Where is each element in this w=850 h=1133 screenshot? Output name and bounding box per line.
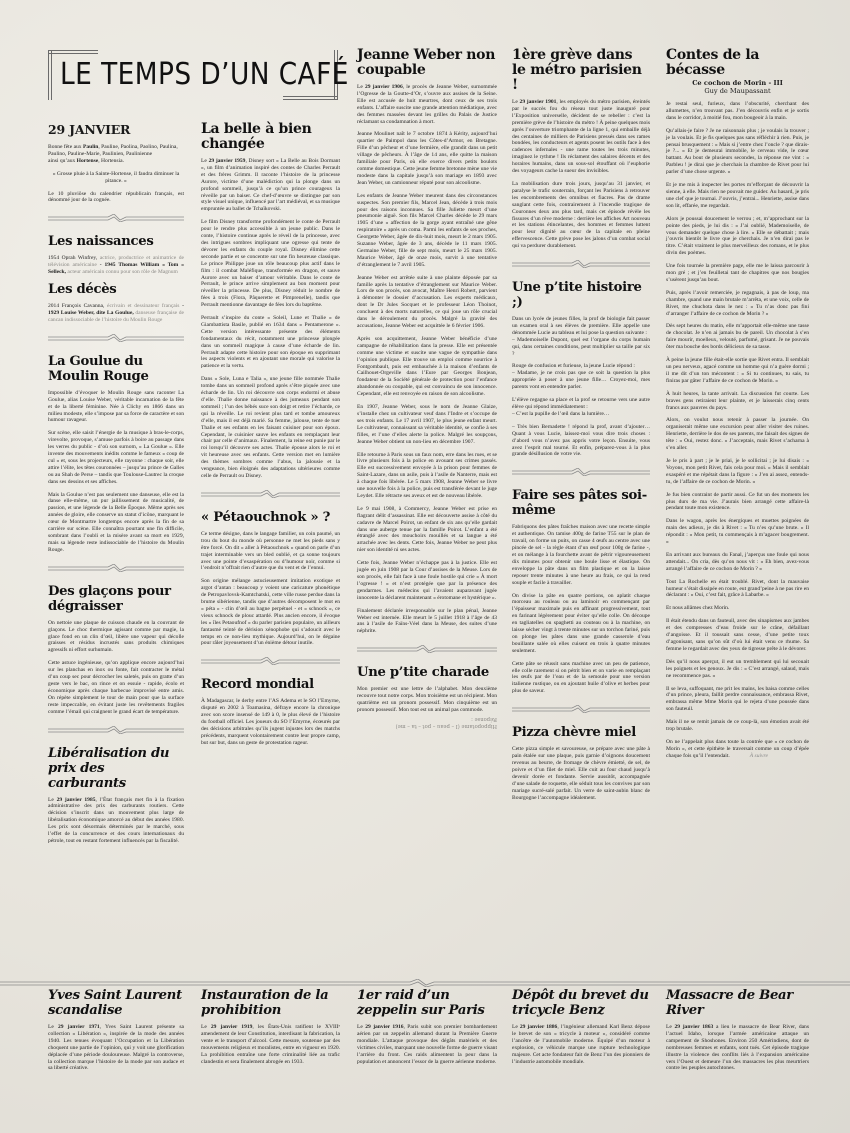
paragraph: Mon premier est une lettre de l’alphabet… [357,686,497,714]
paragraph: On divise la pâte en quatre portions, on… [512,593,650,655]
column-5: Contes de la bécasse Ce cochon de Morin … [666,48,809,766]
paragraph: – Très bien Bernadette ! répond la prof,… [512,424,650,459]
masthead-frame [283,96,338,100]
article-heading: Instauration de la prohibition [201,988,340,1018]
article-pizza: Pizza chèvre miel Cette pizza simple et … [512,725,650,801]
ornament-divider [512,260,650,268]
paragraph: La mobilisation dure trois jours, jusqu’… [512,181,650,250]
article-charade: Une p’tite charade Mon premier est une l… [357,665,497,729]
proverb: « Grosse pluie à la Sainte-Hortense, il … [48,171,184,185]
deaths-section: Les décès 2014 François Cavanna, écrivai… [48,282,184,324]
masthead-frame [48,50,52,100]
article-heading: Une p’tite charade [357,665,497,680]
article-heading: Dépôt du brevet du tricycle Benz [512,988,650,1018]
article-petite-histoire: Une p’tite histoire ;) Dans un lycée de … [512,280,650,458]
bottom-article-bear-river: Massacre de Bear River Le 29 janvier 186… [666,988,809,1078]
paragraph: Jeanne Weber est arrêtée suite à une pla… [357,275,497,330]
article-heading: La Goulue du Moulin Rouge [48,354,184,384]
paragraph: Mais la Goulue n’est pas seulement une d… [48,492,184,554]
bottom-article-ysl: Yves Saint Laurent scandalise Le 29 janv… [48,988,184,1078]
births-section: Les naissances 1954 Oprah Winfrey, actri… [48,234,184,276]
article-heading: Massacre de Bear River [666,988,809,1018]
bottom-article-zeppelin: 1er raid d’un zeppelin sur Paris Le 29 j… [357,988,497,1071]
ornament-divider [48,334,184,342]
paragraph: Dans « Sole, Luna e Talia », une jeune f… [201,376,340,480]
paragraph: Le 29 janvier 1985, l’État français met … [48,797,184,845]
republican-calendar: Le 10 pluviôse du calendrier républicain… [48,191,184,205]
paragraph: Et je me mis à inspecter les portes m’ef… [666,182,809,210]
charade-answer-upside-down: Hippopotame (I – peau – pot – ta – me)Ré… [357,716,497,729]
paragraph: Je fus bien contraint de partir aussi. C… [666,492,809,513]
paragraph: Alors, on voulut nous retenir à passer l… [666,417,809,452]
article-carburants: Libéralisation du prix des carburants Le… [48,746,184,845]
article-record-mondial: Record mondial À Madagascar, le derby en… [201,677,340,746]
paragraph: Fabriquons des pâtes fraîches maison ave… [512,524,650,586]
paragraph: Cette pizza simple et savoureuse, se pré… [512,746,650,801]
section-heading: Les naissances [48,234,184,249]
paragraph: Le 29 janvier 1959, Disney sort « La Bel… [201,158,340,213]
fete-text: Bonne fête aux Paulin, Pauline, Paolina,… [48,144,184,165]
ornament-divider [201,657,340,665]
births-text: 1954 Oprah Winfrey, actrice, productrice… [48,255,184,276]
paragraph: Rouge de confusion et furieuse, la jeune… [512,363,650,391]
paragraph: Le 9 mai 1908, à Commercy, Jeanne Weber … [357,506,497,554]
paragraph: Son origine mélange astucieusement imita… [201,578,340,647]
section-heading: Les décès [48,282,184,297]
date-section: 29 JANVIER Bonne fête aux Paulin, Paulin… [48,122,184,204]
ornament-divider [512,705,650,713]
ornament-divider [512,468,650,476]
column-1: 29 JANVIER Bonne fête aux Paulin, Paulin… [48,122,184,851]
paragraph: L’élève regagne sa place et la prof se r… [512,397,650,418]
paragraph: Sur scène, elle saisit l’énergie de la m… [48,430,184,485]
ornament-divider [48,564,184,572]
article-heading: Yves Saint Laurent scandalise [48,988,184,1018]
article-heading: Des glaçons pour dégraisser [48,584,184,614]
article-heading: 1er raid d’un zeppelin sur Paris [357,988,497,1018]
article-heading: La belle à bien changée [201,122,340,152]
paragraph: On ne l’appelait plus dans toute la cont… [666,739,809,760]
article-jeanne-weber: Jeanne Weber non coupable Le 29 janvier … [357,48,497,635]
article-heading: Faire ses pâtes soi-même [512,488,650,518]
paragraph: En 1907, Jeanne Weber, sous le nom de Je… [357,404,497,445]
ornament-divider [48,214,184,222]
paragraph: Le 29 janvier 1916, Paris subit son prem… [357,1024,497,1065]
column-2: La belle à bien changée Le 29 janvier 19… [201,122,340,753]
paragraph: Le 29 janvier 1906, le procès de Jeanne … [357,84,497,125]
paragraph: Ce terme désigne, dans le langage famili… [201,531,340,572]
paragraph: Alors je poussai doucement le verrou ; e… [666,216,809,257]
paragraph: Les enfants de Jeanne Weber meurent dans… [357,193,497,269]
article-belle-au-bois-dormant: La belle à bien changée Le 29 janvier 19… [201,122,340,480]
article-contes-becasse: Contes de la bécasse Ce cochon de Morin … [666,48,809,760]
paragraph: À peine la jeune fille était-elle sortie… [666,357,809,385]
paragraph: Dès sept heures du matin, elle m’apporta… [666,323,809,351]
paragraph: Et nous allâmes chez Morin. [666,605,809,612]
story-subtitle: Ce cochon de Morin - IIIGuy de Maupassan… [666,80,809,95]
paragraph: Mais il ne se remit jamais de ce coup-là… [666,719,809,733]
paragraph: Cette astuce ingénieuse, qu’on applique … [48,660,184,715]
ornament-divider [357,645,497,653]
paragraph: Le film Disney transforme profondément l… [201,219,340,309]
paragraph: Finalement déclarée irresponsable sur le… [357,608,497,636]
paragraph: Il se leva, suffoquant, me prit les main… [666,686,809,714]
article-heading: 1ère grève dans le métro parisien ! [512,48,650,93]
paragraph: En arrivant aux bureaux du Fanal, j’aper… [666,552,809,573]
article-greve-metro: 1ère grève dans le métro parisien ! Le 2… [512,48,650,250]
paragraph: Jeanne Moulinet naît le 7 octobre 1874 à… [357,131,497,186]
paragraph: Cette pâte se réussit sans machine avec … [512,661,650,696]
article-heading: Jeanne Weber non coupable [357,48,497,78]
paragraph: Le 29 janvier 1971, Yves Saint Laurent p… [48,1024,184,1072]
ornament-divider [201,490,340,498]
paragraph: Après son acquittement, Jeanne Weber bén… [357,336,497,398]
article-la-goulue: La Goulue du Moulin Rouge Impossible d’é… [48,354,184,554]
masthead-frame [48,50,98,54]
paragraph: On nettoie une plaque de cuisson chaude … [48,620,184,655]
article-heading: « Pétaouchnok » ? [201,510,340,525]
paragraph: Il était étendu dans un fauteuil, avec d… [666,618,809,653]
ornament-divider [0,972,850,980]
paragraph: Je le pris à part ; je le priai, je le s… [666,458,809,486]
paragraph: Le 29 janvier 1863 a lieu le massacre de… [666,1024,809,1072]
paragraph: Dans un lycée de jeunes filles, la prof … [512,316,650,357]
paragraph: Je restai seul, furieux, dans l’obscurit… [666,101,809,122]
to-be-continued: À suivre [750,753,768,759]
column-4: 1ère grève dans le métro parisien ! Le 2… [512,48,650,807]
paragraph: Tout La Rochelle en était troublé. Rivet… [666,579,809,600]
article-heading: Pizza chèvre miel [512,725,650,740]
page-title: LE TEMPS D’UN CAFÉ [60,58,349,92]
paragraph: Elle retourne à Paris sous un faux nom, … [357,452,497,500]
paragraph: Dès qu’il nous aperçut, il eut un trembl… [666,659,809,680]
date-heading: 29 JANVIER [48,122,184,137]
ornament-divider [48,726,184,734]
article-heading: Libéralisation du prix des carburants [48,746,184,791]
paragraph: Dans le wagon, après les énergiques et m… [666,518,809,546]
bottom-article-prohibition: Instauration de la prohibition Le 29 jan… [201,988,340,1071]
masthead: LE TEMPS D’UN CAFÉ [48,50,338,100]
deaths-text: 2014 François Cavanna, écrivain et dessi… [48,303,184,324]
article-glacons: Des glaçons pour dégraisser On nettoie u… [48,584,184,716]
paragraph: Qu’allais-je faire ? Je ne raisonnais pl… [666,128,809,176]
column-3: Jeanne Weber non coupable Le 29 janvier … [357,48,497,729]
article-pates: Faire ses pâtes soi-même Fabriquons des … [512,488,650,695]
bottom-article-benz: Dépôt du brevet du tricycle Benz Le 29 j… [512,988,650,1071]
article-heading: Contes de la bécasse [666,48,809,78]
paragraph: Impossible d’évoquer le Moulin Rouge san… [48,390,184,425]
paragraph: Puis, après l’avoir remerciée, je regagn… [666,290,809,318]
paragraph: Le 29 janvier 1886, l’ingénieur allemand… [512,1024,650,1065]
article-heading: Une p’tite histoire ;) [512,280,650,310]
article-heading: Record mondial [201,677,340,692]
paragraph: Perrault s’inspire du conte « Soleil, Lu… [201,315,340,370]
paragraph: À huit heures, la tante arrivait. La dis… [666,391,809,412]
paragraph: Le 29 janvier 1901, les employés du métr… [512,99,650,175]
paragraph: Le 29 janvier 1919, les États-Unis ratif… [201,1024,340,1065]
paragraph: Une fois tournée la première page, elle … [666,263,809,284]
paragraph: À Madagascar, le derby entre l’AS Adema … [201,698,340,746]
paragraph: Cette fois, Jeanne Weber n’échappe pas à… [357,560,497,601]
article-petaouchnok: « Pétaouchnok » ? Ce terme désigne, dans… [201,510,340,648]
